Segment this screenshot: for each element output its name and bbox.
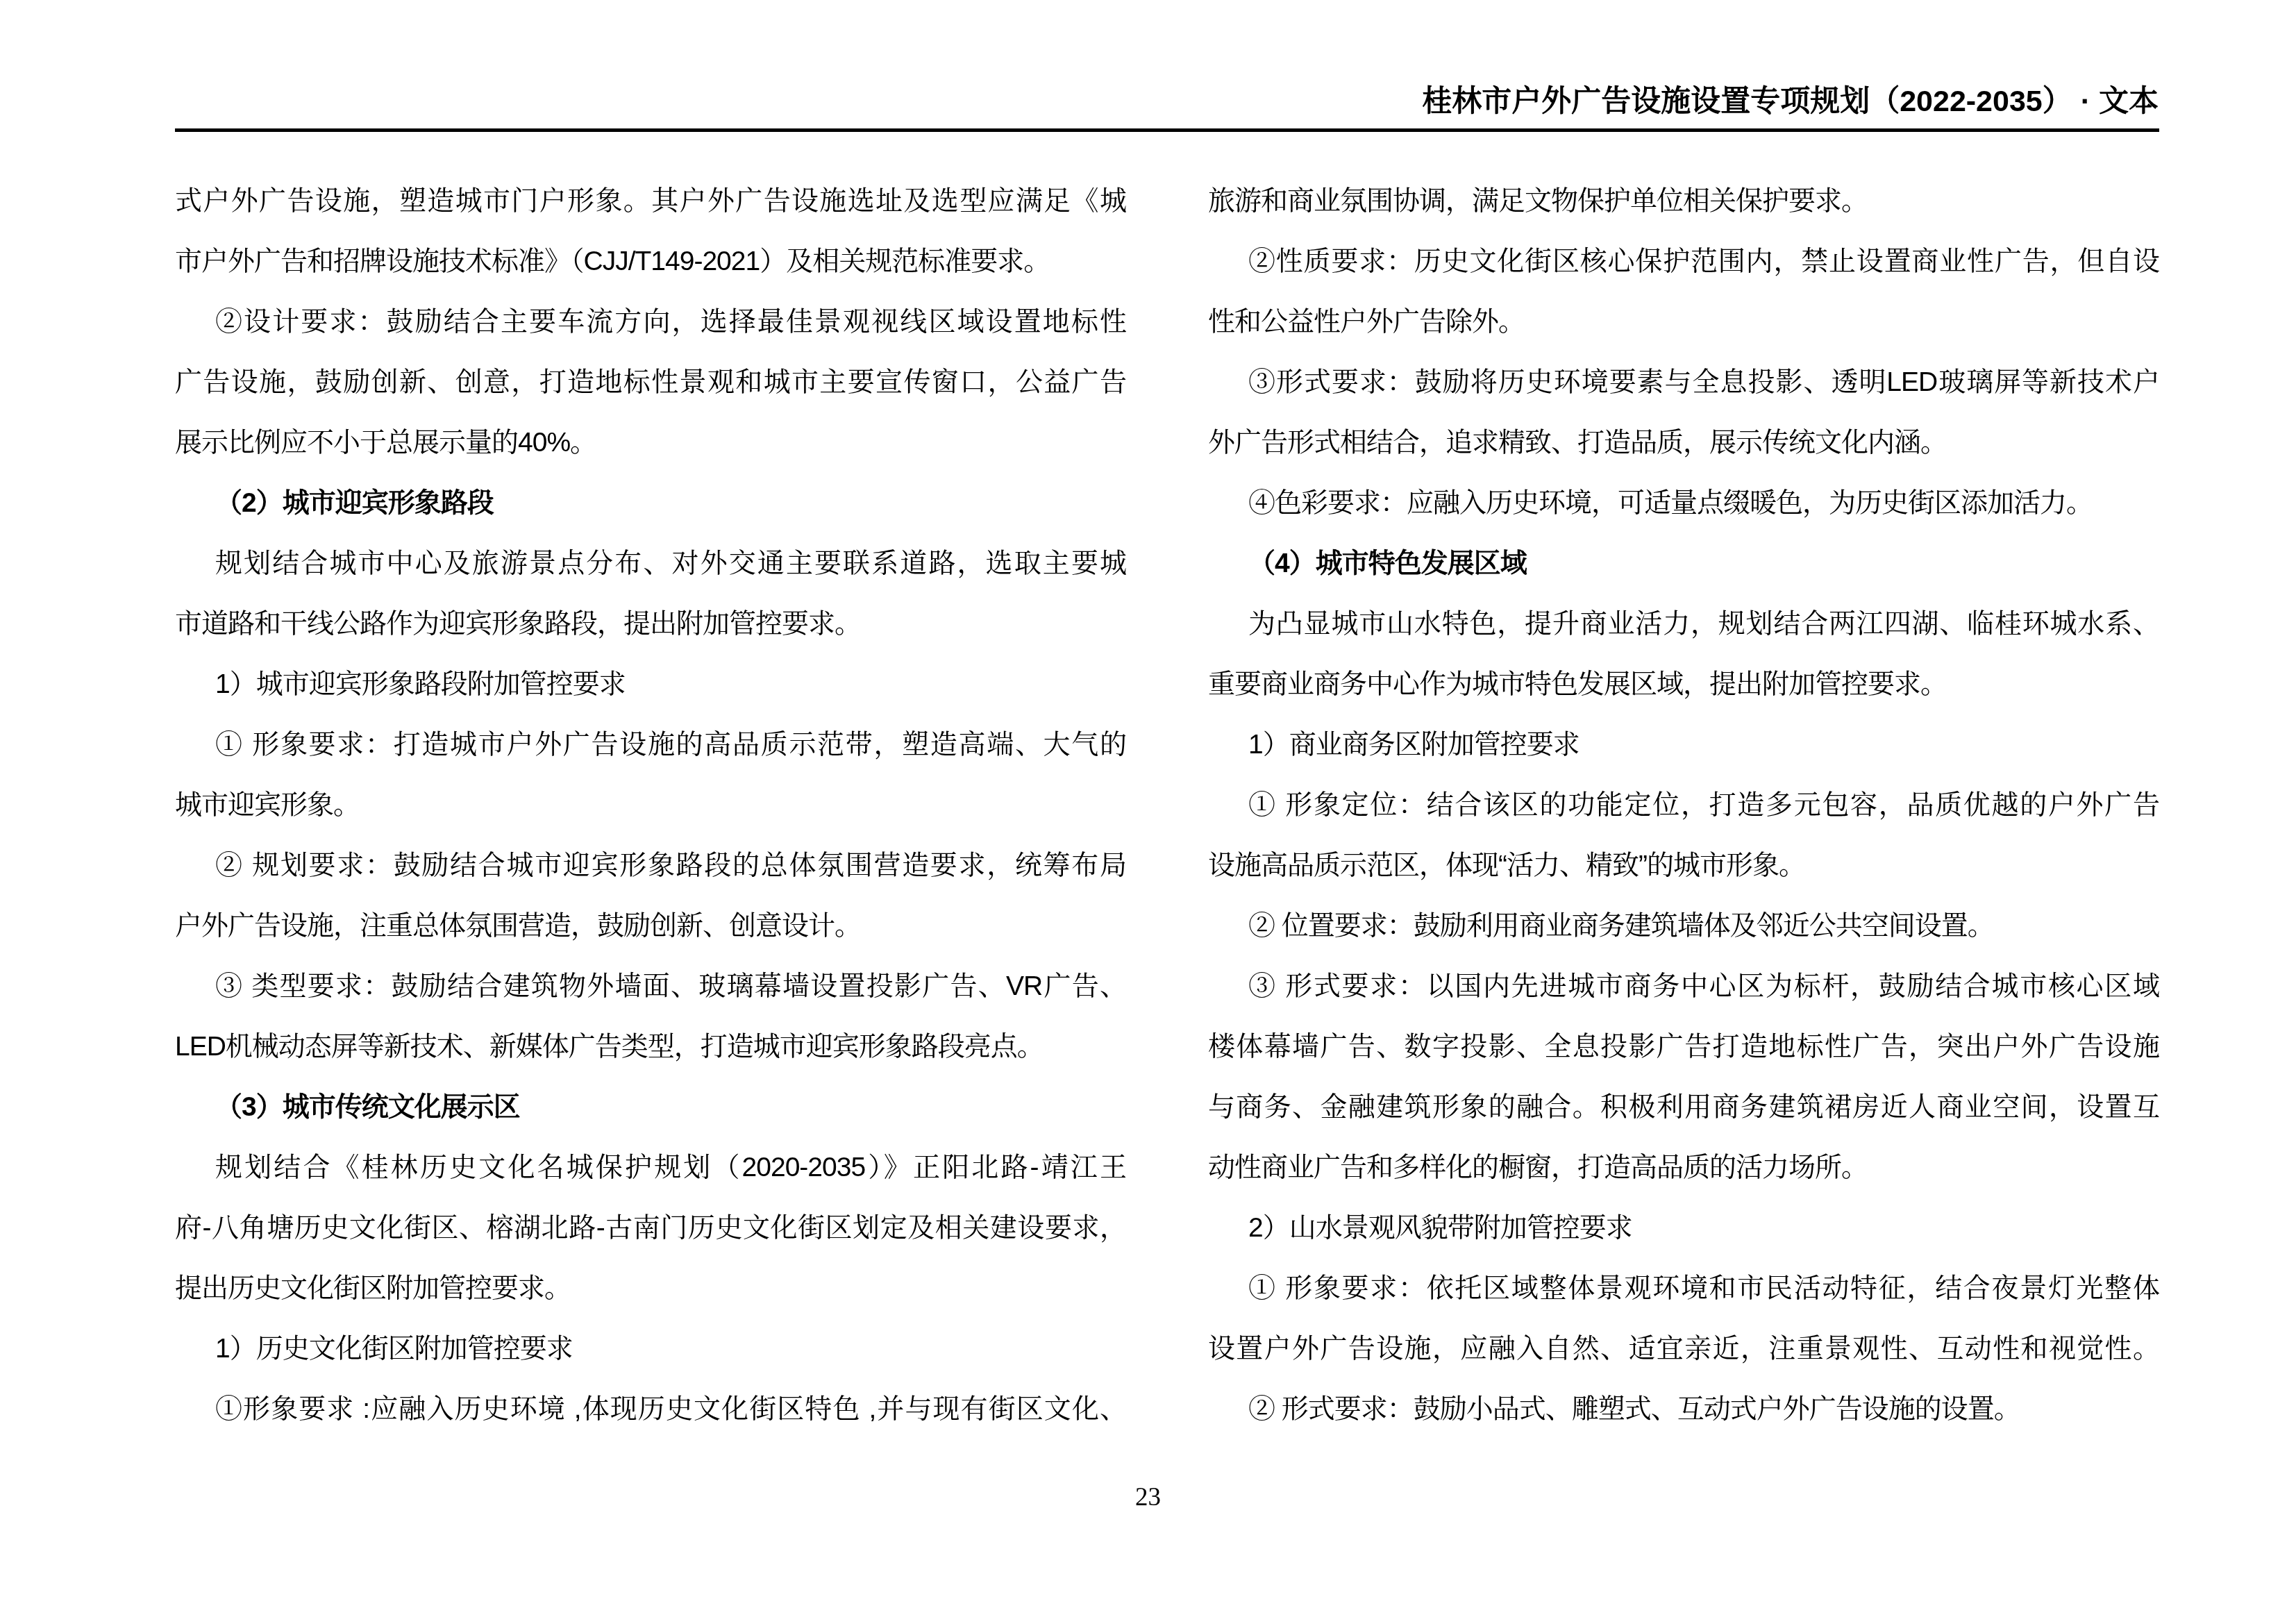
text-line: 2）山水景观风貌带附加管控要求 (1208, 1198, 2159, 1258)
text-line: ③形式要求：鼓励将历史环境要素与全息投影、透明LED玻璃屏等新技术户 (1208, 352, 2159, 412)
text-line: ②性质要求：历史文化街区核心保护范围内，禁止设置商业性广告，但自设 (1208, 231, 2159, 292)
page-number: 23 (1135, 1480, 1161, 1515)
text-line: 外广告形式相结合，追求精致、打造品质，展示传统文化内涵。 (1208, 412, 2159, 473)
text-line: ① 形象要求：打造城市户外广告设施的高品质示范带，塑造高端、大气的 (175, 714, 1126, 775)
text-line: 设置户外广告设施，应融入自然、适宜亲近，注重景观性、互动性和视觉性。 (1208, 1319, 2159, 1379)
text-line: 提出历史文化街区附加管控要求。 (175, 1258, 1126, 1319)
header-rule (175, 128, 2159, 132)
text-line: 规划结合《桂林历史文化名城保护规划（2020-2035）》正阳北路-靖江王 (175, 1137, 1126, 1198)
text-line: 市户外广告和招牌设施技术标准》（CJJ/T149-2021）及相关规范标准要求。 (175, 231, 1126, 292)
text-line: 1）历史文化街区附加管控要求 (175, 1319, 1126, 1379)
text-columns: 式户外广告设施，塑造城市门户形象。其户外广告设施选址及选型应满足《城市户外广告和… (175, 171, 2159, 1439)
text-line: ③ 形式要求：以国内先进城市商务中心区为标杆，鼓励结合城市核心区域 (1208, 956, 2159, 1016)
document-page: 桂林市户外广告设施设置专项规划（2022-2035） · 文本 式户外广告设施，… (0, 0, 2296, 1624)
text-line: 市道路和干线公路作为迎宾形象路段，提出附加管控要求。 (175, 594, 1126, 654)
text-line: （3）城市传统文化展示区 (175, 1077, 1126, 1137)
text-line: ② 形式要求：鼓励小品式、雕塑式、互动式户外广告设施的设置。 (1208, 1379, 2159, 1439)
text-line: 设施高品质示范区，体现“活力、精致”的城市形象。 (1208, 835, 2159, 896)
text-line: 1）商业商务区附加管控要求 (1208, 714, 2159, 775)
text-line: 为凸显城市山水特色，提升商业活力，规划结合两江四湖、临桂环城水系、 (1208, 594, 2159, 654)
text-line: 规划结合城市中心及旅游景点分布、对外交通主要联系道路，选取主要城 (175, 533, 1126, 594)
text-line: ④色彩要求：应融入历史环境，可适量点缀暖色，为历史街区添加活力。 (1208, 473, 2159, 533)
text-line: ③ 类型要求：鼓励结合建筑物外墙面、玻璃幕墙设置投影广告、VR广告、 (175, 956, 1126, 1016)
text-line: 式户外广告设施，塑造城市门户形象。其户外广告设施选址及选型应满足《城 (175, 171, 1126, 231)
text-line: ②设计要求：鼓励结合主要车流方向，选择最佳景观视线区域设置地标性 (175, 292, 1126, 352)
text-line: 户外广告设施，注重总体氛围营造，鼓励创新、创意设计。 (175, 896, 1126, 956)
text-line: 与商务、金融建筑形象的融合。积极利用商务建筑裙房近人商业空间，设置互 (1208, 1077, 2159, 1137)
text-line: ①形象要求 :应融入历史环境 ,体现历史文化街区特色 ,并与现有街区文化、 (175, 1379, 1126, 1439)
text-line: ① 形象定位：结合该区的功能定位，打造多元包容，品质优越的户外广告 (1208, 775, 2159, 835)
text-line: 重要商业商务中心作为城市特色发展区域，提出附加管控要求。 (1208, 654, 2159, 714)
text-line: 广告设施，鼓励创新、创意，打造地标性景观和城市主要宣传窗口，公益广告 (175, 352, 1126, 412)
text-line: （2）城市迎宾形象路段 (175, 473, 1126, 533)
text-line: 楼体幕墙广告、数字投影、全息投影广告打造地标性广告，突出户外广告设施 (1208, 1016, 2159, 1077)
text-line: 府-八角塘历史文化街区、榕湖北路-古南门历史文化街区划定及相关建设要求， (175, 1198, 1126, 1258)
text-line: 性和公益性户外广告除外。 (1208, 292, 2159, 352)
text-line: ② 规划要求：鼓励结合城市迎宾形象路段的总体氛围营造要求，统筹布局 (175, 835, 1126, 896)
text-line: LED机械动态屏等新技术、新媒体广告类型，打造城市迎宾形象路段亮点。 (175, 1016, 1126, 1077)
text-line: 动性商业广告和多样化的橱窗，打造高品质的活力场所。 (1208, 1137, 2159, 1198)
page-header-title: 桂林市户外广告设施设置专项规划（2022-2035） · 文本 (1422, 78, 2159, 120)
column-right: 旅游和商业氛围协调，满足文物保护单位相关保护要求。②性质要求：历史文化街区核心保… (1208, 171, 2159, 1439)
text-line: ② 位置要求：鼓励利用商业商务建筑墙体及邻近公共空间设置。 (1208, 896, 2159, 956)
text-line: （4）城市特色发展区域 (1208, 533, 2159, 594)
text-line: ① 形象要求：依托区域整体景观环境和市民活动特征，结合夜景灯光整体 (1208, 1258, 2159, 1319)
text-line: 展示比例应不小于总展示量的40%。 (175, 412, 1126, 473)
text-line: 城市迎宾形象。 (175, 775, 1126, 835)
text-line: 1）城市迎宾形象路段附加管控要求 (175, 654, 1126, 714)
column-left: 式户外广告设施，塑造城市门户形象。其户外广告设施选址及选型应满足《城市户外广告和… (175, 171, 1126, 1439)
text-line: 旅游和商业氛围协调，满足文物保护单位相关保护要求。 (1208, 171, 2159, 231)
